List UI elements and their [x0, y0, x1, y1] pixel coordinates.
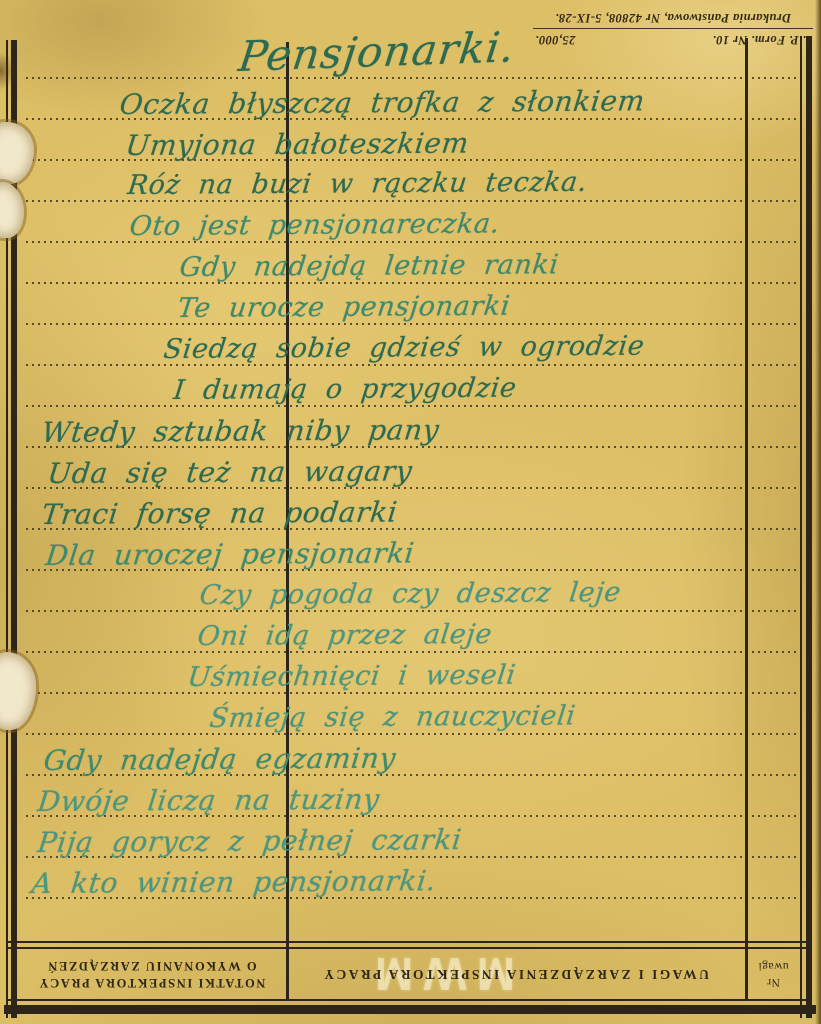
- poem-line: Umyjona bałoteszkiem: [124, 127, 471, 162]
- poem-line: I dumają o przygodzie: [172, 373, 518, 406]
- ruled-line: [26, 651, 808, 653]
- footer-nr-label: Nr: [758, 974, 789, 990]
- footer-left-line2: O WYKONANIU ZARZĄDZEŃ: [38, 957, 265, 974]
- poem-line: Te urocze pensjonarki: [176, 291, 512, 324]
- paper-damage-spot: [0, 122, 34, 184]
- right-border-thick-line: [806, 36, 812, 1018]
- poem-line: Dwóje liczą na tuziny: [36, 783, 382, 818]
- paper-damage-spot: [0, 652, 36, 730]
- poem-line: A kto winien pensjonarki.: [30, 864, 438, 900]
- form-number: I. P. Form. Nr 10.: [712, 32, 811, 47]
- imprint-divider-line: [533, 28, 813, 29]
- poem-line: Piją gorycz z pełnej czarki: [36, 823, 464, 859]
- footer-top-rule: [8, 941, 812, 943]
- footer-left-line1: NOTATKI INSPEKTORA PRACY: [38, 974, 265, 991]
- printer-name: Drukarnia Państwowa, Nr 42808, 5-IX-28.: [533, 10, 813, 28]
- poem-title: Pensjonarki.: [236, 22, 518, 81]
- footer-middle-label: UWAGI I ZARZĄDZENIA INSPEKTORA PRACY: [322, 965, 709, 983]
- ruled-line: [26, 364, 808, 366]
- footer-middle-cell: UWAGI I ZARZĄDZENIA INSPEKTORA PRACY: [288, 949, 743, 999]
- poem-line: Oto jest pensjonareczka.: [128, 208, 502, 242]
- poem-line: Śmieją się z nauczycieli: [208, 700, 577, 734]
- poem-line: Oni idą przez aleje: [196, 619, 494, 652]
- column-divider-line: [745, 38, 748, 999]
- page-edge-shadow: [815, 0, 821, 1024]
- poem-line: Gdy nadejdą letnie ranki: [178, 249, 561, 283]
- poem-line: Siedzą sobie gdzieś w ogrodzie: [162, 331, 646, 365]
- ruled-line: [26, 610, 808, 612]
- poem-line: Czy pogoda czy deszcz leje: [198, 577, 623, 611]
- paper-damage-spot: [0, 182, 24, 238]
- footer-uwagi-label: uwagi: [758, 958, 789, 974]
- ruled-line: [26, 282, 808, 284]
- bottom-border-thick-line: [4, 1005, 816, 1014]
- poem-line: Uda się też na wagary: [46, 454, 414, 490]
- poem-line: Traci forsę na podarki: [40, 496, 399, 531]
- printer-imprint: I. P. Form. Nr 10. 25,000. Drukarnia Pań…: [533, 2, 813, 48]
- scanned-document-page: I. P. Form. Nr 10. 25,000. Drukarnia Pań…: [0, 0, 821, 1024]
- ruled-line: [26, 733, 808, 735]
- footer-left-cell: NOTATKI INSPEKTORA PRACY O WYKONANIU ZAR…: [20, 949, 284, 999]
- poem-line: Róż na buzi w rączku teczka.: [126, 167, 589, 201]
- ruled-line: [26, 77, 808, 79]
- poem-line: Gdy nadejdą egzaminy: [42, 742, 398, 777]
- print-run: 25,000.: [535, 32, 575, 47]
- ink-smudge: [0, 52, 16, 90]
- poem-line: Oczka błyszczą trofka z słonkiem: [118, 84, 647, 121]
- ruled-line: [26, 405, 808, 407]
- poem-line: Dla uroczej pensjonarki: [44, 536, 416, 572]
- poem-line: Uśmiechnięci i weseli: [186, 660, 518, 693]
- footer-number-cell: Nr uwagi: [747, 949, 799, 999]
- right-border-thin-line: [800, 36, 802, 1018]
- ruled-line: [26, 323, 808, 325]
- poem-line: Wtedy sztubak niby pany: [40, 413, 441, 449]
- ruled-line: [26, 692, 808, 694]
